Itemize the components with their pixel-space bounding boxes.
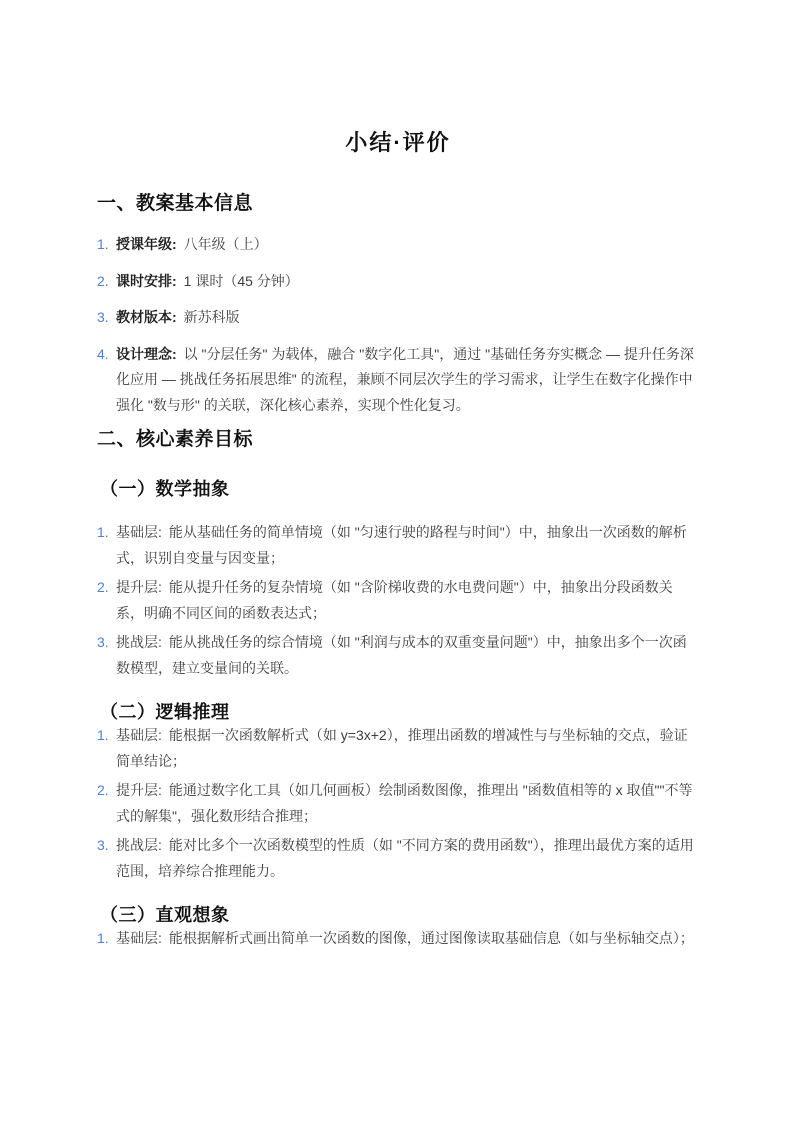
logical-reasoning-list: 1.基础层:能根据一次函数解析式（如 y=3x+2），推理出函数的增减性与与坐标…	[97, 723, 699, 884]
list-item-textbook: 3.教材版本:新苏科版	[97, 305, 699, 331]
item-label: 授课年级:	[116, 236, 177, 252]
item-text: 能从提升任务的复杂情境（如 "含阶梯收费的水电费问题"）中，抽象出分段函数关系，…	[116, 579, 673, 621]
item-label: 提升层:	[116, 579, 162, 595]
section-heading-core-goals: 二、核心素养目标	[97, 428, 699, 451]
item-text: 能根据一次函数解析式（如 y=3x+2），推理出函数的增减性与与坐标轴的交点，验…	[116, 727, 688, 769]
list-item-schedule: 2.课时安排:1 课时（45 分钟）	[97, 269, 699, 295]
list-item-number: 1.	[97, 926, 109, 952]
list-item-advanced-level: 2.提升层:能从提升任务的复杂情境（如 "含阶梯收费的水电费问题"）中，抽象出分…	[97, 575, 699, 626]
item-text: 能根据解析式画出简单一次函数的图像，通过图像读取基础信息（如与坐标轴交点）；	[169, 930, 694, 946]
item-label: 提升层:	[116, 782, 162, 798]
item-label: 课时安排:	[116, 273, 177, 289]
item-label: 基础层:	[116, 524, 162, 540]
list-item-number: 1.	[97, 520, 109, 546]
item-text: 能从挑战任务的综合情境（如 "利润与成本的双重变量问题"）中，抽象出多个一次函数…	[116, 634, 687, 676]
item-label: 挑战层:	[116, 634, 162, 650]
list-item-number: 1.	[97, 232, 109, 258]
list-item-basic-level: 1.基础层:能根据解析式画出简单一次函数的图像，通过图像读取基础信息（如与坐标轴…	[97, 926, 699, 952]
document-page: 小结·评价 一、教案基本信息 1.授课年级:八年级（上） 2.课时安排:1 课时…	[0, 0, 794, 1123]
list-item-basic-level: 1.基础层:能从基础任务的简单情境（如 "匀速行驶的路程与时间"）中，抽象出一次…	[97, 520, 699, 571]
item-label: 教材版本:	[116, 309, 177, 325]
list-item-number: 4.	[97, 342, 109, 368]
list-item-number: 3.	[97, 305, 109, 331]
section-heading-basic-info: 一、教案基本信息	[97, 192, 699, 215]
visual-imagination-list: 1.基础层:能根据解析式画出简单一次函数的图像，通过图像读取基础信息（如与坐标轴…	[97, 926, 699, 952]
item-text: 新苏科版	[184, 309, 240, 325]
item-label: 基础层:	[116, 930, 162, 946]
item-label: 设计理念:	[116, 346, 177, 362]
item-text: 八年级（上）	[184, 236, 268, 252]
list-item-number: 2.	[97, 269, 109, 295]
subsection-heading-visual-imagination: （三）直观想象	[100, 904, 699, 926]
item-text: 1 课时（45 分钟）	[184, 273, 299, 289]
item-text: 能从基础任务的简单情境（如 "匀速行驶的路程与时间"）中，抽象出一次函数的解析式…	[116, 524, 687, 566]
item-label: 基础层:	[116, 727, 162, 743]
basic-info-list: 1.授课年级:八年级（上） 2.课时安排:1 课时（45 分钟） 3.教材版本:…	[97, 232, 699, 418]
subsection-heading-logical-reasoning: （二）逻辑推理	[100, 701, 699, 723]
math-abstraction-list: 1.基础层:能从基础任务的简单情境（如 "匀速行驶的路程与时间"）中，抽象出一次…	[97, 520, 699, 681]
item-text: 能通过数字化工具（如几何画板）绘制函数图像，推理出 "函数值相等的 x 取值""…	[116, 782, 692, 824]
list-item-basic-level: 1.基础层:能根据一次函数解析式（如 y=3x+2），推理出函数的增减性与与坐标…	[97, 723, 699, 774]
item-text: 以 "分层任务" 为载体，融合 "数字化工具"，通过 "基础任务夯实概念 — 提…	[116, 346, 694, 413]
list-item-number: 1.	[97, 723, 109, 749]
document-title: 小结·评价	[97, 130, 699, 155]
item-text: 能对比多个一次函数模型的性质（如 "不同方案的费用函数"），推理出最优方案的适用…	[116, 837, 694, 879]
list-item-challenge-level: 3.挑战层:能对比多个一次函数模型的性质（如 "不同方案的费用函数"），推理出最…	[97, 833, 699, 884]
list-item-design-concept: 4.设计理念:以 "分层任务" 为载体，融合 "数字化工具"，通过 "基础任务夯…	[97, 342, 699, 419]
list-item-advanced-level: 2.提升层:能通过数字化工具（如几何画板）绘制函数图像，推理出 "函数值相等的 …	[97, 778, 699, 829]
list-item-grade: 1.授课年级:八年级（上）	[97, 232, 699, 258]
item-label: 挑战层:	[116, 837, 162, 853]
list-item-number: 3.	[97, 630, 109, 656]
subsection-heading-math-abstraction: （一）数学抽象	[100, 478, 699, 500]
list-item-number: 2.	[97, 778, 109, 804]
list-item-number: 3.	[97, 833, 109, 859]
list-item-challenge-level: 3.挑战层:能从挑战任务的综合情境（如 "利润与成本的双重变量问题"）中，抽象出…	[97, 630, 699, 681]
list-item-number: 2.	[97, 575, 109, 601]
